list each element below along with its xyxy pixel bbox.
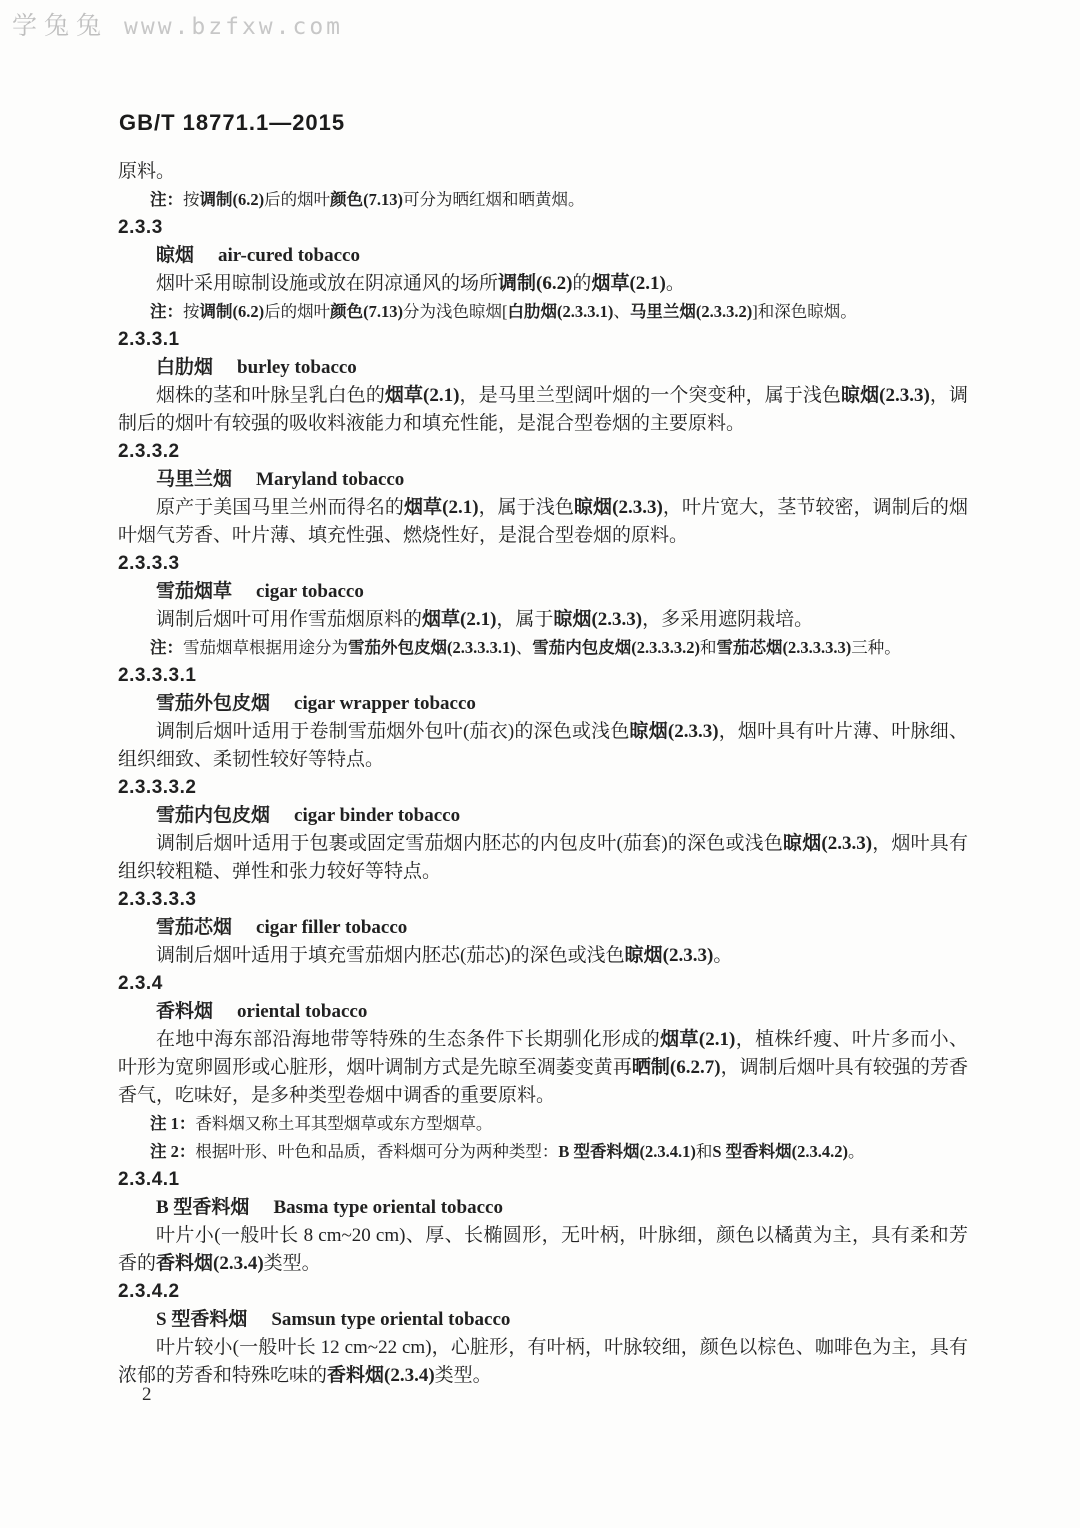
term-reference: 香料烟(2.3.4) bbox=[327, 1365, 435, 1386]
document-body: 原料。注：按调制(6.2)后的烟叶颜色(7.13)可分为晒红烟和晒黄烟。2.3.… bbox=[118, 158, 968, 1390]
term-reference: 晾烟(2.3.3) bbox=[553, 609, 642, 630]
text-run: ，属于浅色 bbox=[479, 497, 574, 518]
text-run: 、 bbox=[613, 302, 630, 321]
term-reference: 香料烟(2.3.4) bbox=[156, 1253, 264, 1274]
text-run: 分为浅色晾烟[ bbox=[403, 302, 508, 321]
text-run: 调制后烟叶适用于包裹或固定雪茄烟内胚芯的内包皮叶(茄套)的深色或浅色 bbox=[156, 833, 783, 854]
text-run: 根据叶形、叶色和品质，香料烟可分为两种类型： bbox=[195, 1142, 558, 1161]
clause-number: 2.3.3.1 bbox=[118, 326, 968, 354]
definition-paragraph: 调制后烟叶适用于填充雪茄烟内胚芯(茄芯)的深色或浅色晾烟(2.3.3)。 bbox=[118, 942, 968, 970]
text-run: 三种。 bbox=[851, 638, 901, 657]
term-reference: 烟草(2.1) bbox=[404, 497, 479, 518]
term-reference: 晾烟(2.3.3) bbox=[625, 945, 714, 966]
definition-paragraph: 原产于美国马里兰州而得名的烟草(2.1)，属于浅色晾烟(2.3.3)，叶片宽大，… bbox=[118, 494, 968, 550]
term-heading: 雪茄烟草cigar tobacco bbox=[118, 578, 968, 606]
term-english: Basma type oriental tobacco bbox=[273, 1197, 503, 1218]
term-reference: 晾烟(2.3.3) bbox=[630, 721, 719, 742]
term-reference: 注： bbox=[150, 190, 183, 209]
definition-paragraph: 原料。 bbox=[118, 158, 968, 186]
term-reference: 晒制(6.2.7) bbox=[632, 1057, 721, 1078]
term-reference: 颜色(7.13) bbox=[330, 190, 403, 209]
clause-number: 2.3.3.3.2 bbox=[118, 774, 968, 802]
term-heading: B 型香料烟Basma type oriental tobacco bbox=[118, 1194, 968, 1222]
clause-number: 2.3.3.3 bbox=[118, 550, 968, 578]
term-heading: 晾烟air-cured tobacco bbox=[118, 242, 968, 270]
note: 注：按调制(6.2)后的烟叶颜色(7.13)可分为晒红烟和晒黄烟。 bbox=[118, 186, 968, 214]
text-run: 后的烟叶 bbox=[264, 190, 330, 209]
text-run: 和 bbox=[700, 638, 717, 657]
term-chinese: 晾烟 bbox=[156, 245, 194, 266]
term-reference: S 型香料烟(2.3.4.2) bbox=[712, 1142, 848, 1161]
text-run: 叶片较小(一般叶长 12 cm~22 cm)，心脏形，有叶柄，叶脉较细，颜色以棕… bbox=[118, 1337, 968, 1386]
term-chinese: 雪茄芯烟 bbox=[156, 917, 232, 938]
term-chinese: 雪茄外包皮烟 bbox=[156, 693, 270, 714]
term-reference: 白肋烟(2.3.3.1) bbox=[508, 302, 614, 321]
term-chinese: 香料烟 bbox=[156, 1001, 213, 1022]
term-reference: 调制(6.2) bbox=[200, 190, 265, 209]
term-reference: 注 1： bbox=[150, 1114, 195, 1133]
definition-paragraph: 调制后烟叶可用作雪茄烟原料的烟草(2.1)，属于晾烟(2.3.3)，多采用遮阴栽… bbox=[118, 606, 968, 634]
term-reference: 晾烟(2.3.3) bbox=[574, 497, 663, 518]
text-run: 和 bbox=[696, 1142, 713, 1161]
term-reference: B 型香料烟(2.3.4.1) bbox=[558, 1142, 696, 1161]
standard-number-header: GB/T 18771.1—2015 bbox=[119, 110, 345, 136]
text-run: 后的烟叶 bbox=[264, 302, 330, 321]
text-run: 烟株的茎和叶脉呈乳白色的 bbox=[156, 385, 385, 406]
definition-paragraph: 烟叶采用晾制设施或放在阴凉通风的场所调制(6.2)的烟草(2.1)。 bbox=[118, 270, 968, 298]
term-heading: 白肋烟burley tobacco bbox=[118, 354, 968, 382]
term-reference: 调制(6.2) bbox=[498, 273, 572, 294]
clause-number: 2.3.3 bbox=[118, 214, 968, 242]
term-english: Samsun type oriental tobacco bbox=[271, 1309, 510, 1330]
text-run: 的 bbox=[572, 273, 591, 294]
term-english: oriental tobacco bbox=[237, 1001, 367, 1022]
term-reference: 雪茄内包皮烟(2.3.3.3.2) bbox=[532, 638, 700, 657]
term-heading: 马里兰烟Maryland tobacco bbox=[118, 466, 968, 494]
text-run: 原产于美国马里兰州而得名的 bbox=[156, 497, 404, 518]
text-run: 。 bbox=[848, 1142, 865, 1161]
text-run: 可分为晒红烟和晒黄烟。 bbox=[403, 190, 585, 209]
text-run: 按 bbox=[183, 190, 200, 209]
term-english: air-cured tobacco bbox=[218, 245, 360, 266]
text-run: ，是马里兰型阔叶烟的一个突变种，属于浅色 bbox=[459, 385, 841, 406]
term-heading: 雪茄芯烟cigar filler tobacco bbox=[118, 914, 968, 942]
text-run: 烟叶采用晾制设施或放在阴凉通风的场所 bbox=[156, 273, 498, 294]
clause-number: 2.3.3.3.3 bbox=[118, 886, 968, 914]
definition-paragraph: 叶片较小(一般叶长 12 cm~22 cm)，心脏形，有叶柄，叶脉较细，颜色以棕… bbox=[118, 1334, 968, 1390]
note: 注：雪茄烟草根据用途分为雪茄外包皮烟(2.3.3.3.1)、雪茄内包皮烟(2.3… bbox=[118, 634, 968, 662]
text-run: 雪茄烟草根据用途分为 bbox=[183, 638, 348, 657]
text-run: ]和深色晾烟。 bbox=[752, 302, 857, 321]
term-reference: 调制(6.2) bbox=[200, 302, 265, 321]
definition-paragraph: 叶片小(一般叶长 8 cm~20 cm)、厚、长椭圆形，无叶柄，叶脉细，颜色以橘… bbox=[118, 1222, 968, 1278]
clause-number: 2.3.4.1 bbox=[118, 1166, 968, 1194]
term-reference: 晾烟(2.3.3) bbox=[783, 833, 872, 854]
term-reference: 注： bbox=[150, 302, 183, 321]
term-reference: 晾烟(2.3.3) bbox=[841, 385, 930, 406]
term-english: cigar wrapper tobacco bbox=[294, 693, 476, 714]
term-reference: 烟草(2.1) bbox=[422, 609, 496, 630]
term-reference: 烟草(2.1) bbox=[385, 385, 460, 406]
note: 注：按调制(6.2)后的烟叶颜色(7.13)分为浅色晾烟[白肋烟(2.3.3.1… bbox=[118, 298, 968, 326]
text-run: 类型。 bbox=[435, 1365, 492, 1386]
note: 注 1：香料烟又称土耳其型烟草或东方型烟草。 bbox=[118, 1110, 968, 1138]
note: 注 2：根据叶形、叶色和品质，香料烟可分为两种类型：B 型香料烟(2.3.4.1… bbox=[118, 1138, 968, 1166]
watermark-site-url: www.bzfxw.com bbox=[124, 14, 343, 40]
definition-paragraph: 调制后烟叶适用于包裹或固定雪茄烟内胚芯的内包皮叶(茄套)的深色或浅色晾烟(2.3… bbox=[118, 830, 968, 886]
term-reference: 注： bbox=[150, 638, 183, 657]
term-heading: 雪茄外包皮烟cigar wrapper tobacco bbox=[118, 690, 968, 718]
watermark-site-name: 学兔兔 bbox=[12, 6, 108, 42]
term-reference: 马里兰烟(2.3.3.2) bbox=[630, 302, 752, 321]
watermark: 学兔兔 www.bzfxw.com bbox=[12, 6, 343, 42]
term-reference: 烟草(2.1) bbox=[660, 1029, 735, 1050]
text-run: 原料。 bbox=[118, 161, 175, 182]
term-english: cigar filler tobacco bbox=[256, 917, 407, 938]
text-run: 按 bbox=[183, 302, 200, 321]
term-chinese: 白肋烟 bbox=[156, 357, 213, 378]
term-chinese: 雪茄烟草 bbox=[156, 581, 232, 602]
term-reference: 雪茄芯烟(2.3.3.3.3) bbox=[717, 638, 852, 657]
term-english: cigar binder tobacco bbox=[294, 805, 460, 826]
text-run: 调制后烟叶适用于填充雪茄烟内胚芯(茄芯)的深色或浅色 bbox=[156, 945, 625, 966]
clause-number: 2.3.3.2 bbox=[118, 438, 968, 466]
text-run: 。 bbox=[713, 945, 732, 966]
text-run: ，多采用遮阴栽培。 bbox=[642, 609, 813, 630]
text-run: 调制后烟叶适用于卷制雪茄烟外包叶(茄衣)的深色或浅色 bbox=[156, 721, 630, 742]
text-run: 、 bbox=[516, 638, 533, 657]
term-heading: 雪茄内包皮烟cigar binder tobacco bbox=[118, 802, 968, 830]
term-chinese: B 型香料烟 bbox=[156, 1197, 249, 1218]
term-heading: S 型香料烟Samsun type oriental tobacco bbox=[118, 1306, 968, 1334]
clause-number: 2.3.4.2 bbox=[118, 1278, 968, 1306]
term-english: burley tobacco bbox=[237, 357, 357, 378]
term-english: Maryland tobacco bbox=[256, 469, 404, 490]
term-chinese: 雪茄内包皮烟 bbox=[156, 805, 270, 826]
term-reference: 烟草(2.1) bbox=[591, 273, 665, 294]
definition-paragraph: 在地中海东部沿海地带等特殊的生态条件下长期驯化形成的烟草(2.1)，植株纤瘦、叶… bbox=[118, 1026, 968, 1110]
text-run: 类型。 bbox=[264, 1253, 321, 1274]
term-reference: 雪茄外包皮烟(2.3.3.3.1) bbox=[348, 638, 516, 657]
clause-number: 2.3.3.3.1 bbox=[118, 662, 968, 690]
text-run: 在地中海东部沿海地带等特殊的生态条件下长期驯化形成的 bbox=[156, 1029, 660, 1050]
document-page: 学兔兔 www.bzfxw.com GB/T 18771.1—2015 原料。注… bbox=[0, 0, 1080, 1528]
text-run: 。 bbox=[666, 273, 685, 294]
text-run: ，属于 bbox=[496, 609, 553, 630]
definition-paragraph: 烟株的茎和叶脉呈乳白色的烟草(2.1)，是马里兰型阔叶烟的一个突变种，属于浅色晾… bbox=[118, 382, 968, 438]
term-heading: 香料烟oriental tobacco bbox=[118, 998, 968, 1026]
term-reference: 颜色(7.13) bbox=[330, 302, 403, 321]
text-run: 香料烟又称土耳其型烟草或东方型烟草。 bbox=[195, 1114, 492, 1133]
term-english: cigar tobacco bbox=[256, 581, 364, 602]
term-chinese: 马里兰烟 bbox=[156, 469, 232, 490]
clause-number: 2.3.4 bbox=[118, 970, 968, 998]
text-run: 调制后烟叶可用作雪茄烟原料的 bbox=[156, 609, 422, 630]
definition-paragraph: 调制后烟叶适用于卷制雪茄烟外包叶(茄衣)的深色或浅色晾烟(2.3.3)，烟叶具有… bbox=[118, 718, 968, 774]
term-chinese: S 型香料烟 bbox=[156, 1309, 247, 1330]
term-reference: 注 2： bbox=[150, 1142, 195, 1161]
page-number: 2 bbox=[142, 1384, 152, 1406]
